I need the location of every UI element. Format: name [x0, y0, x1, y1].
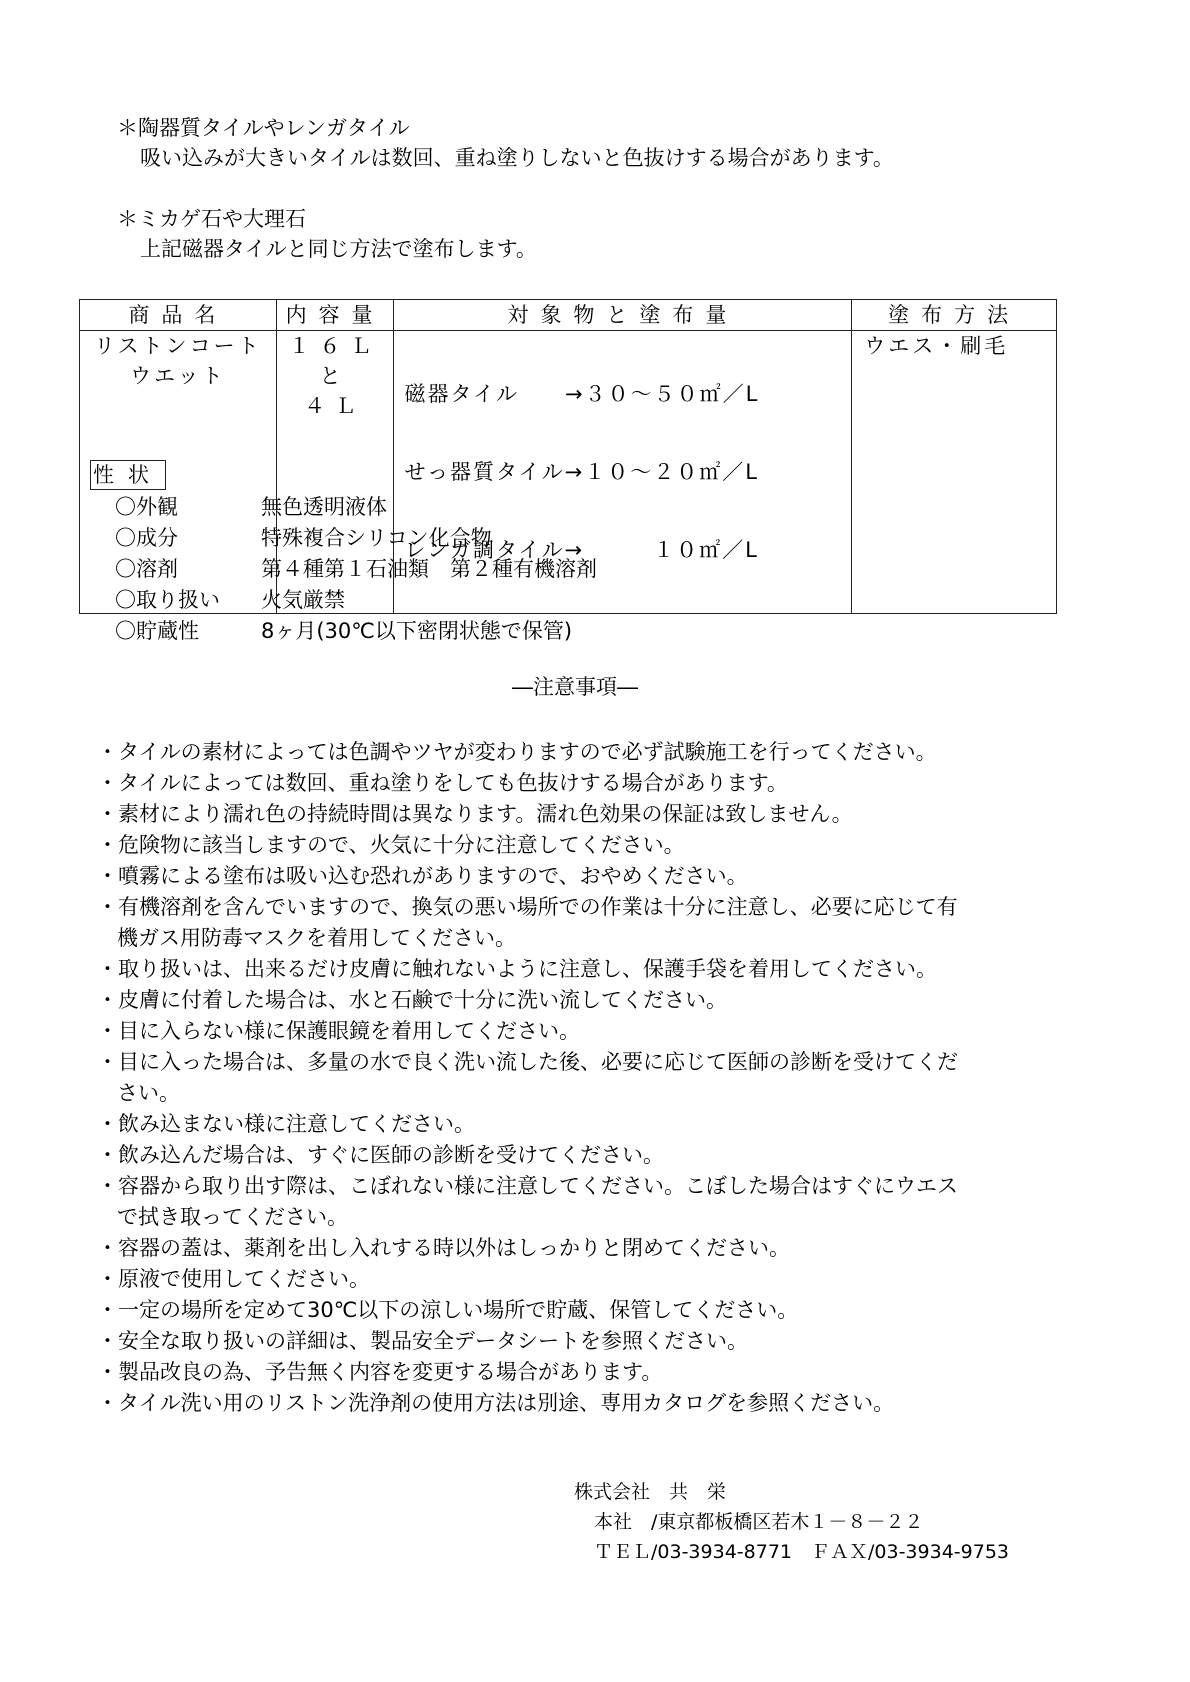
intro-heading-ceramic: ＊陶器質タイルやレンガタイル	[117, 113, 410, 143]
company-contact: ＴＥＬ/03-3934-8771 ＦＡＸ/03-3934-9753	[594, 1537, 1009, 1567]
notice-item-continuation: で拭き取ってください。	[97, 1202, 1087, 1233]
property-value: 特殊複合シリコン化合物	[261, 523, 492, 554]
notice-item: ・タイルによっては数回、重ね塗りをしても色抜けする場合があります。	[97, 768, 1087, 799]
header-volume: 内容量	[276, 300, 394, 331]
cell-method: ウエス・刷毛	[852, 331, 1057, 614]
property-label: 〇取り扱い	[115, 585, 261, 616]
notice-item: ・容器の蓋は、薬剤を出し入れする時以外はしっかりと閉めてください。	[97, 1233, 1087, 1264]
notice-item: ・取り扱いは、出来るだけ皮膚に触れないように注意し、保護手袋を着用してください。	[97, 954, 1087, 985]
header-target-coverage: 対象物と塗布量	[394, 300, 852, 331]
company-name: 株式会社 共 栄	[574, 1477, 726, 1507]
property-label: 〇成分	[115, 523, 261, 554]
property-label: 〇貯蔵性	[115, 616, 261, 647]
notice-item: ・有機溶剤を含んでいますので、換気の悪い場所での作業は十分に注意し、必要に応じて…	[97, 892, 1087, 923]
notice-item: ・タイル洗い用のリストン洗浄剤の使用方法は別途、専用カタログを参照ください。	[97, 1388, 1087, 1419]
property-value: 第４種第１石油類 第２種有機溶剤	[261, 554, 597, 585]
product-name-line: リストンコート	[80, 331, 276, 361]
notice-item-continuation: さい。	[97, 1078, 1087, 1109]
header-method: 塗布方法	[852, 300, 1057, 331]
notices-title: ―注意事項―	[512, 673, 638, 701]
intro-body-ceramic: 吸い込みが大きいタイルは数回、重ね塗りしないと色抜けする場合があります。	[140, 143, 894, 173]
notice-item: ・飲み込まない様に注意してください。	[97, 1109, 1087, 1140]
notices-list: ・タイルの素材によっては色調やツヤが変わりますので必ず試験施工を行ってください。…	[97, 737, 1087, 1419]
property-row: 〇貯蔵性8ヶ月(30℃以下密閉状態で保管)	[115, 616, 572, 647]
volume-line: と	[277, 361, 394, 391]
properties-section: 性状	[90, 460, 166, 490]
notice-item: ・皮膚に付着した場合は、水と石鹸で十分に洗い流してください。	[97, 985, 1087, 1016]
volume-line: １６Ｌ	[277, 331, 394, 361]
table-header-row: 商品名 内容量 対象物と塗布量 塗布方法	[80, 300, 1057, 331]
company-address: 本社 /東京都板橋区若木１－８－２２	[594, 1507, 923, 1537]
volume-line: ４Ｌ	[277, 391, 394, 421]
intro-heading-stone: ＊ミカゲ石や大理石	[117, 204, 306, 234]
target-line: 磁器タイル →３０～５０㎡／L	[404, 379, 851, 409]
properties-title: 性状	[90, 460, 166, 490]
notice-item: ・目に入らない様に保護眼鏡を着用してください。	[97, 1016, 1087, 1047]
property-label: 〇溶剤	[115, 554, 261, 585]
intro-body-stone: 上記磁器タイルと同じ方法で塗布します。	[140, 234, 537, 264]
property-row: 〇溶剤第４種第１石油類 第２種有機溶剤	[115, 554, 597, 585]
property-value: 8ヶ月(30℃以下密閉状態で保管)	[261, 616, 572, 647]
notice-item: ・素材により濡れ色の持続時間は異なります。濡れ色効果の保証は致しません。	[97, 799, 1087, 830]
notice-item: ・一定の場所を定めて30℃以下の涼しい場所で貯蔵、保管してください。	[97, 1295, 1087, 1326]
notice-item: ・容器から取り出す際は、こぼれない様に注意してください。こぼした場合はすぐにウエ…	[97, 1171, 1087, 1202]
notice-item: ・危険物に該当しますので、火気に十分に注意してください。	[97, 830, 1087, 861]
notice-item-continuation: 機ガス用防毒マスクを着用してください。	[97, 923, 1087, 954]
property-value: 火気厳禁	[261, 585, 345, 616]
notice-item: ・噴霧による塗布は吸い込む恐れがありますので、おやめください。	[97, 861, 1087, 892]
notice-item: ・安全な取り扱いの詳細は、製品安全データシートを参照ください。	[97, 1326, 1087, 1357]
notice-item: ・タイルの素材によっては色調やツヤが変わりますので必ず試験施工を行ってください。	[97, 737, 1087, 768]
notice-item: ・飲み込んだ場合は、すぐに医師の診断を受けてください。	[97, 1140, 1087, 1171]
header-product-name: 商品名	[80, 300, 277, 331]
target-line: せっ器質タイル→１０～２０㎡／L	[404, 457, 851, 487]
notice-item: ・製品改良の為、予告無く内容を変更する場合があります。	[97, 1357, 1087, 1388]
property-row: 〇外観無色透明液体	[115, 492, 387, 523]
property-row: 〇取り扱い火気厳禁	[115, 585, 345, 616]
property-label: 〇外観	[115, 492, 261, 523]
product-name-line: ウエット	[80, 361, 276, 391]
property-row: 〇成分特殊複合シリコン化合物	[115, 523, 492, 554]
notice-item: ・原液で使用してください。	[97, 1264, 1087, 1295]
method-line: ウエス・刷毛	[864, 331, 1056, 361]
property-value: 無色透明液体	[261, 492, 387, 523]
notice-item: ・目に入った場合は、多量の水で良く洗い流した後、必要に応じて医師の診断を受けてく…	[97, 1047, 1087, 1078]
